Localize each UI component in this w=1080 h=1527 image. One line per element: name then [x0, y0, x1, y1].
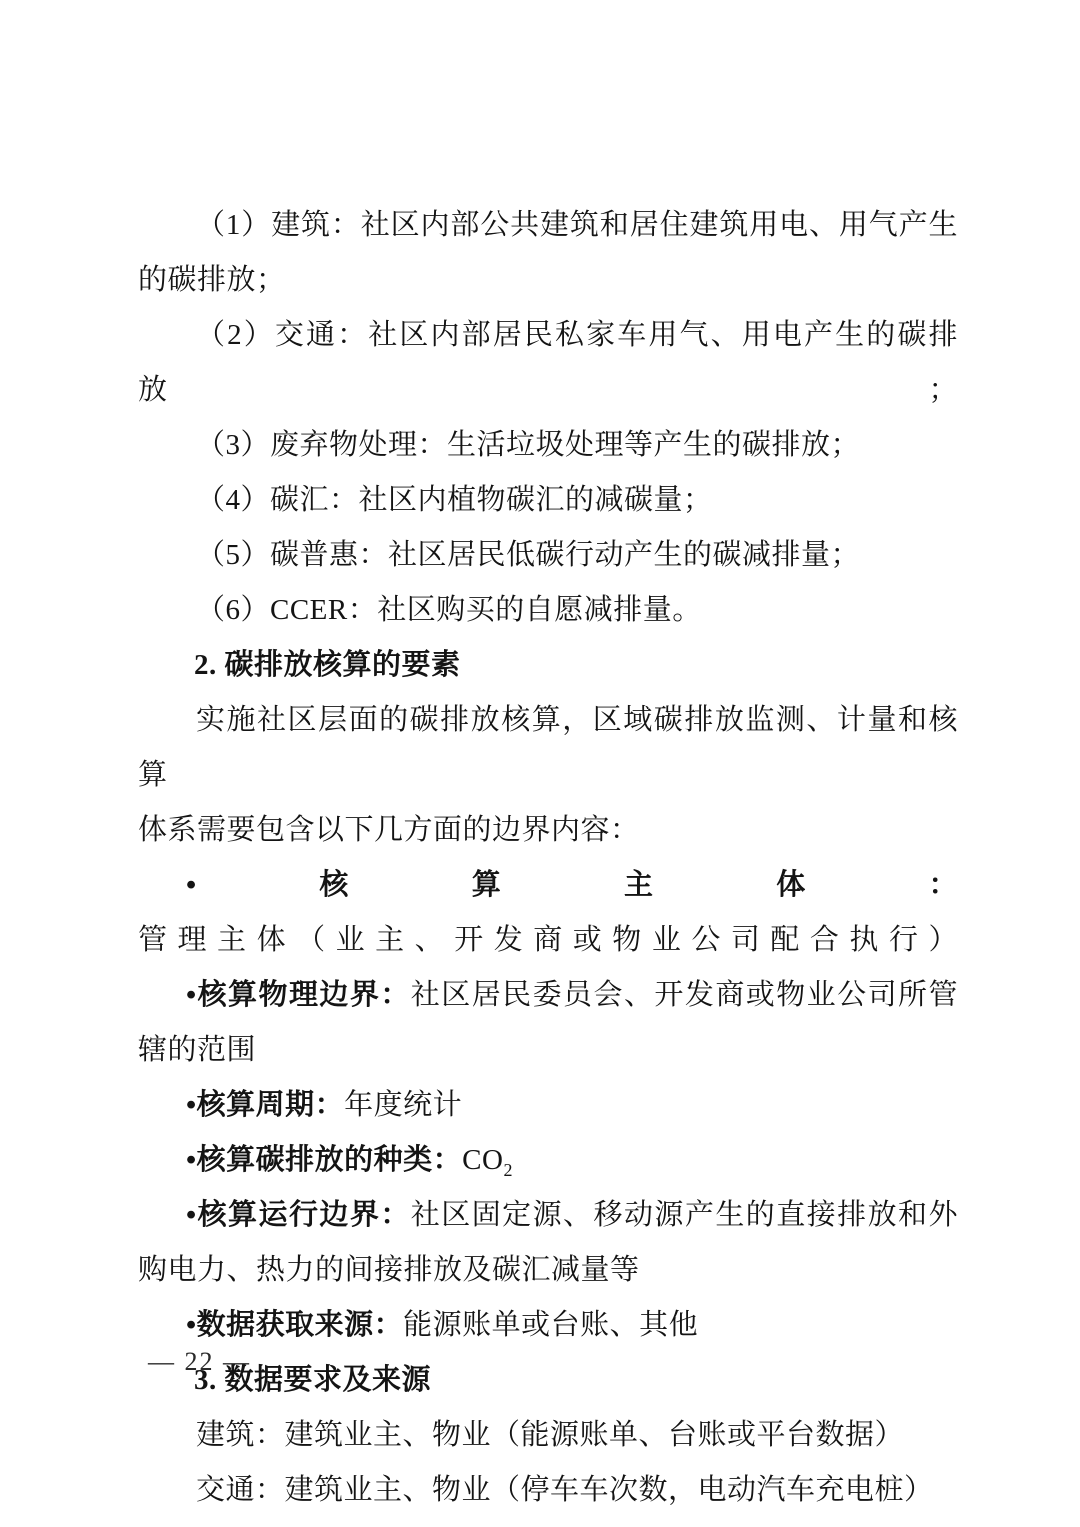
term-label: •数据获取来源： — [186, 1309, 403, 1341]
line-text: 体系需要包含以下几方面的边界内容： — [138, 814, 640, 846]
line-text: 交通：建筑业主、物业（停车车次数，电动汽车充电桩） — [196, 1474, 934, 1506]
line-text: 2. 碳排放核算的要素 — [194, 649, 461, 681]
subscript: 2 — [503, 1160, 512, 1180]
document-body: （1）建筑：社区内部公共建筑和居住建筑用电、用气产生的碳排放；（2）交通：社区内… — [138, 198, 958, 1518]
term-label: •核算物理边界： — [186, 979, 411, 1011]
text-line: 实施社区层面的碳排放核算，区域碳排放监测、计量和核算 — [138, 693, 958, 803]
line-text: 年度统计 — [344, 1089, 462, 1121]
text-line: •核算主体：管理主体（业主、开发商或物业公司配合执行） — [138, 858, 958, 968]
text-line: 建筑：建筑业主、物业（能源账单、台账或平台数据） — [138, 1408, 958, 1463]
text-line: •数据获取来源：能源账单或台账、其他 — [138, 1298, 958, 1353]
text-line: （5）碳普惠：社区居民低碳行动产生的碳减排量； — [138, 528, 958, 583]
text-line: 购电力、热力的间接排放及碳汇减量等 — [138, 1243, 958, 1298]
text-line: （6）CCER：社区购买的自愿减排量。 — [138, 583, 958, 638]
line-text: 的碳排放； — [138, 264, 286, 296]
line-text: CO — [462, 1144, 503, 1176]
term-label: •核算周期： — [186, 1089, 344, 1121]
section-heading: 3. 数据要求及来源 — [138, 1353, 958, 1408]
line-text: 购电力、热力的间接排放及碳汇减量等 — [138, 1254, 640, 1286]
document-page: （1）建筑：社区内部公共建筑和居住建筑用电、用气产生的碳排放；（2）交通：社区内… — [0, 0, 1080, 1527]
line-text: 社区固定源、移动源产生的直接排放和外 — [411, 1199, 958, 1231]
line-text: 管理主体（业主、开发商或物业公司配合执行） — [138, 924, 958, 956]
line-text: （3）废弃物处理：生活垃圾处理等产生的碳排放； — [196, 429, 860, 461]
line-text: 建筑：建筑业主、物业（能源账单、台账或平台数据） — [196, 1419, 904, 1451]
text-line: （2）交通：社区内部居民私家车用气、用电产生的碳排放； — [138, 308, 958, 418]
text-line: 的碳排放； — [138, 253, 958, 308]
term-label: •核算主体： — [186, 869, 958, 901]
text-line: •核算周期：年度统计 — [138, 1078, 958, 1133]
line-text: 社区居民委员会、开发商或物业公司所管 — [411, 979, 958, 1011]
line-text: （2）交通：社区内部居民私家车用气、用电产生的碳排放； — [138, 319, 958, 406]
text-line: •核算物理边界：社区居民委员会、开发商或物业公司所管 — [138, 968, 958, 1023]
line-text: （5）碳普惠：社区居民低碳行动产生的碳减排量； — [196, 539, 860, 571]
term-label: •核算运行边界： — [186, 1199, 411, 1231]
text-line: •核算运行边界：社区固定源、移动源产生的直接排放和外 — [138, 1188, 958, 1243]
line-text: 实施社区层面的碳排放核算，区域碳排放监测、计量和核算 — [138, 704, 958, 791]
text-line: 交通：建筑业主、物业（停车车次数，电动汽车充电桩） — [138, 1463, 958, 1518]
line-text: （1）建筑：社区内部公共建筑和居住建筑用电、用气产生 — [196, 209, 958, 241]
page-number-footer: — 22 — — [148, 1342, 251, 1382]
line-text: 能源账单或台账、其他 — [403, 1309, 698, 1341]
line-text: （6）CCER：社区购买的自愿减排量。 — [196, 594, 702, 626]
term-label: •核算碳排放的种类： — [186, 1144, 462, 1176]
text-line: （3）废弃物处理：生活垃圾处理等产生的碳排放； — [138, 418, 958, 473]
text-line: 辖的范围 — [138, 1023, 958, 1078]
line-text: （4）碳汇：社区内植物碳汇的减碳量； — [196, 484, 713, 516]
text-line: •核算碳排放的种类：CO2 — [138, 1133, 958, 1188]
text-line: 体系需要包含以下几方面的边界内容： — [138, 803, 958, 858]
text-line: （4）碳汇：社区内植物碳汇的减碳量； — [138, 473, 958, 528]
section-heading: 2. 碳排放核算的要素 — [138, 638, 958, 693]
text-line: （1）建筑：社区内部公共建筑和居住建筑用电、用气产生 — [138, 198, 958, 253]
line-text: 辖的范围 — [138, 1034, 256, 1066]
